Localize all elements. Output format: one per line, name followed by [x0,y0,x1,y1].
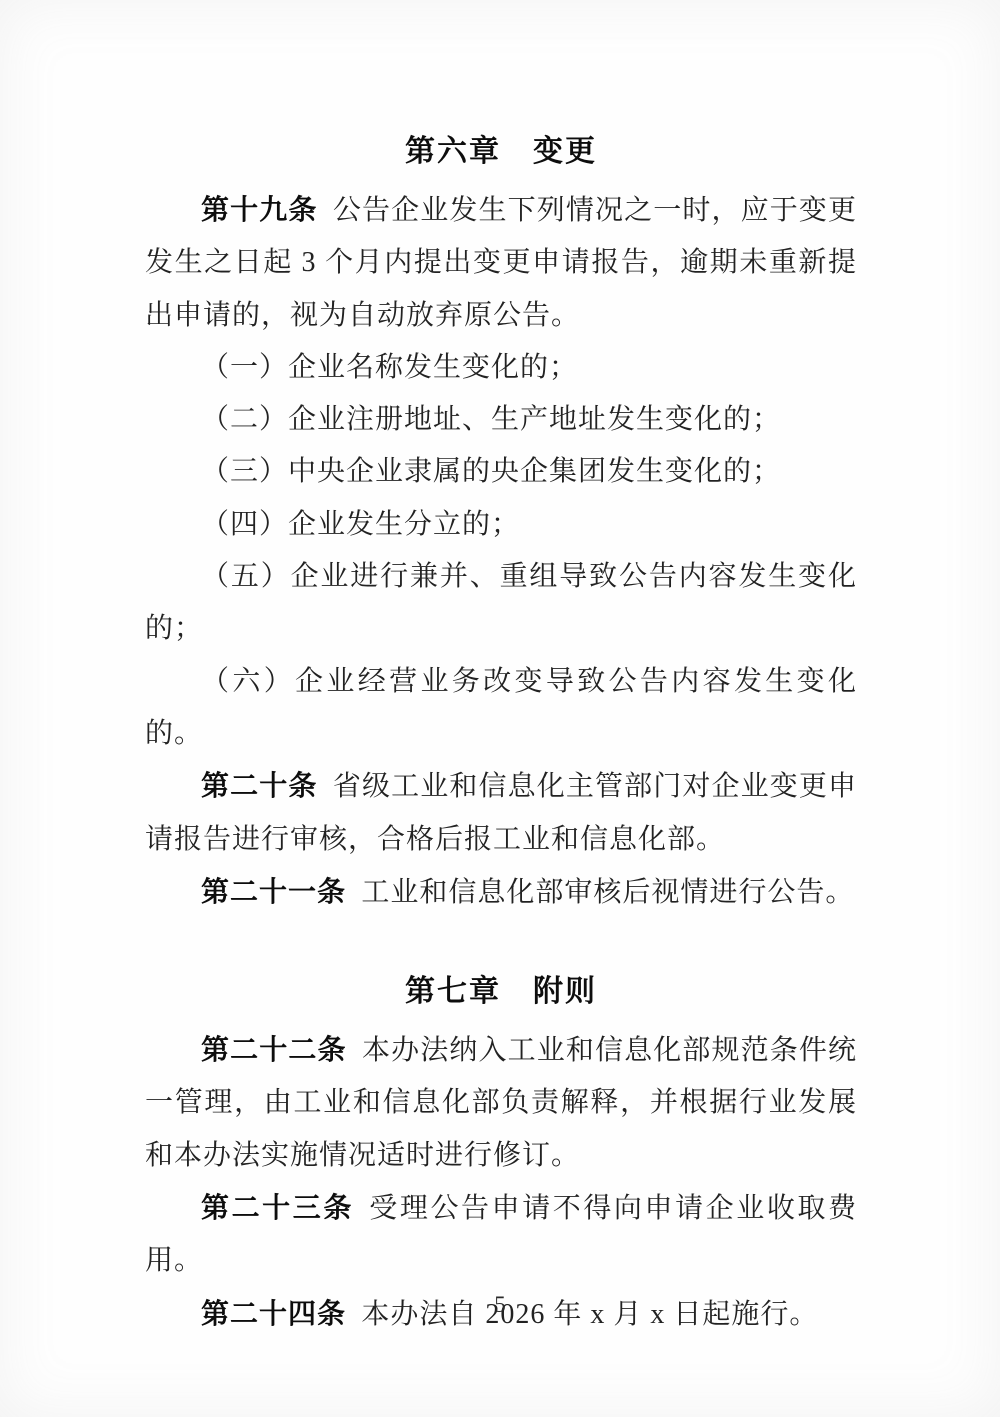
article-21-label: 第二十一条 [201,876,346,907]
chapter-6-heading: 第六章 变更 [145,126,857,178]
page-number: 5 [0,1290,1000,1320]
article-21-text: 工业和信息化部审核后视情进行公告。 [361,877,854,908]
list-item-5: （五）企业进行兼并、重组导致公告内容发生变化的； [145,551,857,656]
paragraph-article-23: 第二十三条受理公告申请不得向申请企业收取费用。 [145,1182,857,1288]
list-item-2: （二）企业注册地址、生产地址发生变化的； [145,394,857,446]
article-23-label: 第二十三条 [201,1192,354,1223]
chapter-7-heading: 第七章 附则 [145,966,857,1018]
article-19-label: 第十九条 [201,194,318,225]
list-item-6: （六）企业经营业务改变导致公告内容发生变化的。 [145,656,857,761]
paragraph-article-22: 第二十二条本办法纳入工业和信息化部规范条件统一管理，由工业和信息化部负责解释，并… [145,1024,857,1182]
article-20-label: 第二十条 [201,770,318,801]
article-22-label: 第二十二条 [201,1034,347,1065]
list-item-1: （一）企业名称发生变化的； [145,342,857,394]
page-content: 第六章 变更 第十九条公告企业发生下列情况之一时，应于变更发生之日起 3 个月内… [145,114,857,1341]
document-page: 第六章 变更 第十九条公告企业发生下列情况之一时，应于变更发生之日起 3 个月内… [0,0,1000,1417]
paragraph-article-21: 第二十一条工业和信息化部审核后视情进行公告。 [145,866,857,919]
paragraph-article-19: 第十九条公告企业发生下列情况之一时，应于变更发生之日起 3 个月内提出变更申请报… [145,184,857,342]
list-item-3: （三）中央企业隶属的央企集团发生变化的； [145,446,857,498]
list-item-4: （四）企业发生分立的； [145,499,857,551]
paragraph-article-20: 第二十条省级工业和信息化主管部门对企业变更申请报告进行审核，合格后报工业和信息化… [145,760,857,866]
